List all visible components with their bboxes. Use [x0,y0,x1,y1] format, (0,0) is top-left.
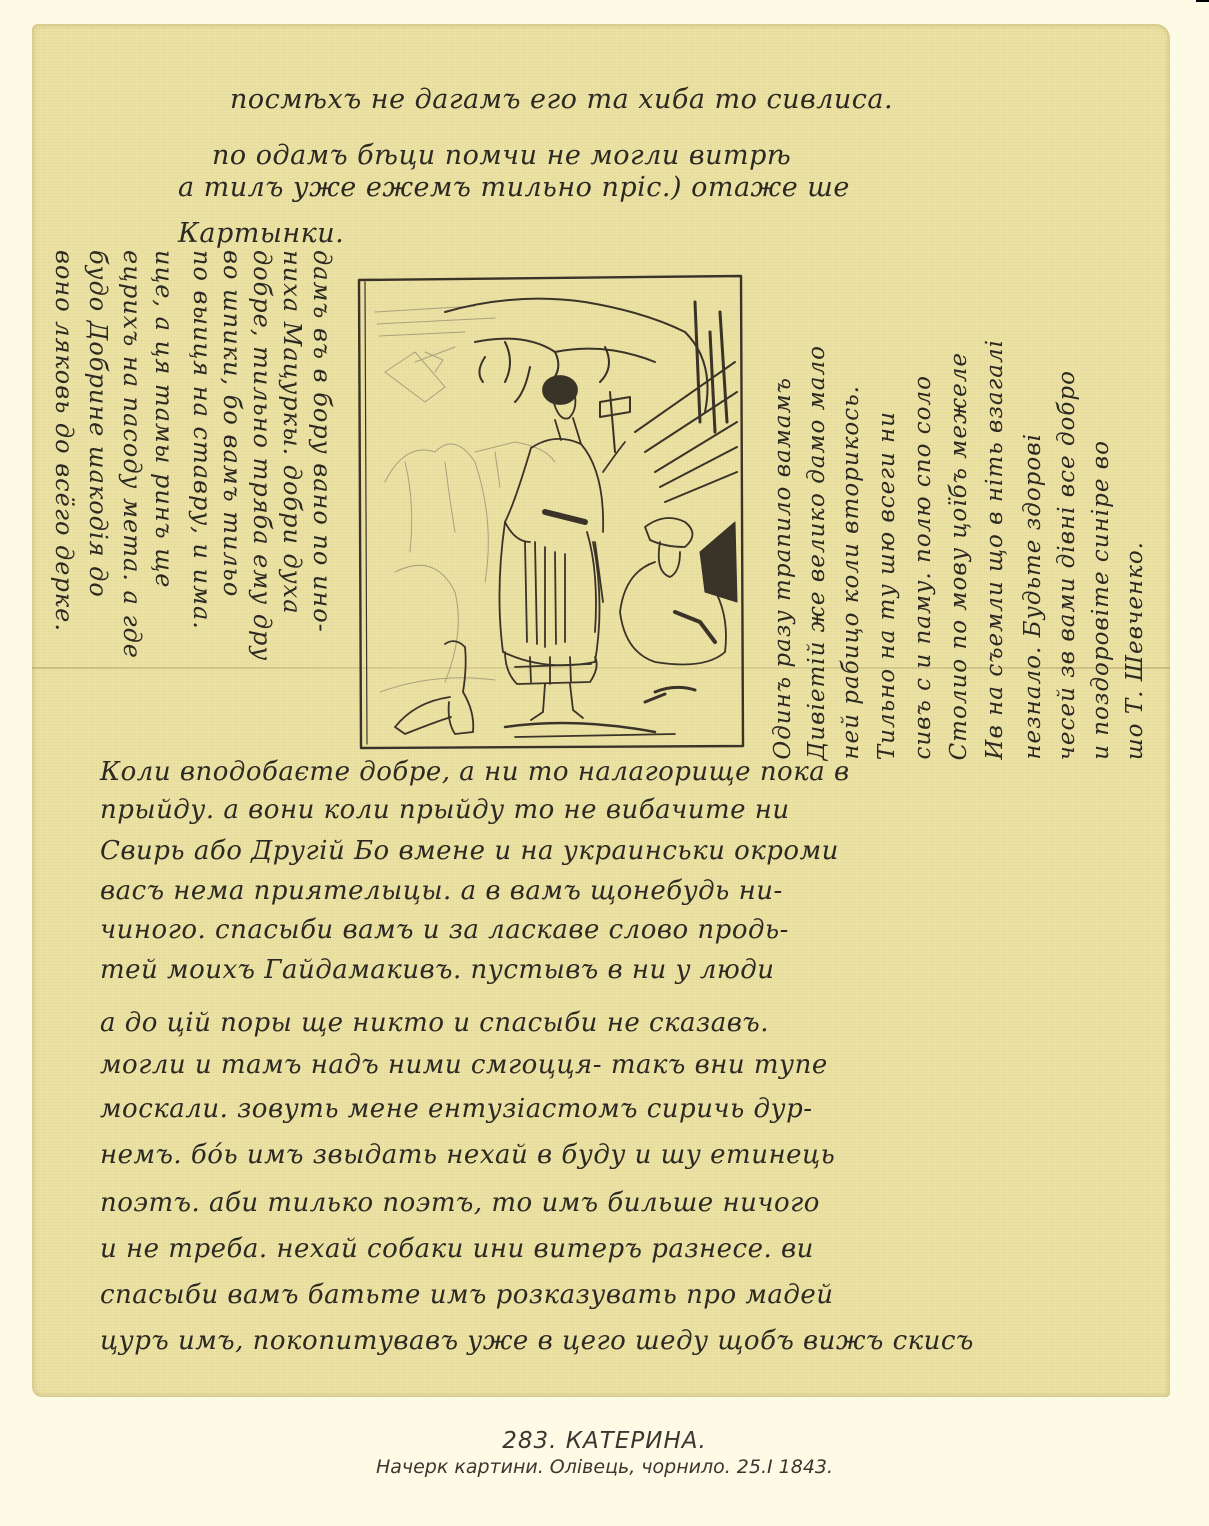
letter-bottom-line: поэтъ. аби тилько поэтъ, то имъ бильше н… [100,1188,820,1218]
letter-top-line: посмѣхъ не дагамъ его та хиба то сивлиса… [230,84,893,115]
letter-bottom-line: чиного. спасыби вамъ и за ласкаве слово … [100,915,789,945]
vertical-line: Столио по мову цоїбъ межеле [946,352,972,760]
letter-bottom-line: Коли вподобаєте добре, а ни то налагорищ… [100,757,850,787]
vertical-line: ней рабицо коли вторикось. [838,385,864,760]
vertical-line: Дивіетій же велико дамо мало [804,345,830,760]
caption-title: 283. КАТЕРИНА. [0,1428,1209,1454]
letter-bottom-line: васъ нема приятелыцы. а в вамъ щонебудь … [100,876,783,906]
letter-top-line: Картынки. [178,218,344,249]
letter-top-line: а тилъ уже ежемъ тильно пріс.) отаже ше [178,172,850,203]
letter-bottom-line: Свирь або Другій Бо вмене и на украинськ… [100,836,839,866]
vertical-line: и поздоровіте синіре во [1088,440,1114,760]
letter-bottom-line: москали. зовуть мене ентузіастомъ сиричь… [100,1094,813,1124]
vertical-line: дамъ въ в бору вано по ино- [308,250,336,633]
right-vertical-text-block: Одинъ разу трапило вамамъ Дивіетій же ве… [758,190,1178,760]
signature: шо Т. Шевченко. [1122,541,1148,760]
vertical-line: ецрихъ на пасоду мета. а где [118,250,146,659]
letter-bottom-line: тей моихъ Гайдамакивъ. пустывъ в ни у лю… [100,955,775,985]
letter-bottom-line: а до цій поры ще никто и спасыби не сказ… [100,1008,769,1038]
left-vertical-text-block: дамъ въ в бору вано по ино- ниха Мацуркы… [40,250,340,840]
vertical-line: чесей зв вами дівні все добро [1054,370,1080,760]
letter-bottom-line: немъ. бо́ь имъ звыдать нехай в буду и шу… [100,1140,835,1170]
letter-bottom-line: цуръ имъ, покопитувавъ уже в цего шеду щ… [100,1326,974,1356]
corner-mark [1196,0,1209,2]
letter-bottom-line: и не треба. нехай собаки ини витеръ разн… [100,1234,814,1264]
sketch-illustration [355,272,745,750]
vertical-line: ниха Мацуркы. добри духа [278,250,306,615]
caption-subtitle: Начерк картини. Олівець, чорнило. 25.І 1… [0,1456,1209,1478]
letter-top-line: по одамъ бѣци помчи не могли витрѣ [212,140,791,171]
vertical-line: будо Добрине шакодія до [84,250,112,598]
sketch-icon [355,272,745,750]
vertical-line: Одинъ разу трапило вамамъ [770,377,796,760]
letter-bottom-line: могли и тамъ надъ ними смгоцця- такъ вни… [100,1050,828,1080]
vertical-line: ице, а ця тамы ринъ ще [150,250,178,589]
vertical-line: по выиця на ставру, и има. [188,250,216,630]
vertical-line: сивъ с и паму. полю спо соло [910,375,936,760]
vertical-line: во шпики, бо вамъ тильо [218,250,246,597]
vertical-line: Ив на съемли що в ніть взагалі [982,339,1008,760]
vertical-line: добре, тильно тряба ему дру [248,250,276,661]
letter-bottom-line: спасыби вамъ батьте имъ розказувать про … [100,1280,834,1310]
vertical-line: Тильно на ту шю всеги ни [874,411,900,760]
letter-bottom-line: прыйду. а вони коли прыйду то не вибачит… [100,795,790,825]
vertical-line: незнало. Будьте здорові [1020,433,1046,760]
vertical-line: воно ляковь до всёго дерке. [50,250,78,632]
